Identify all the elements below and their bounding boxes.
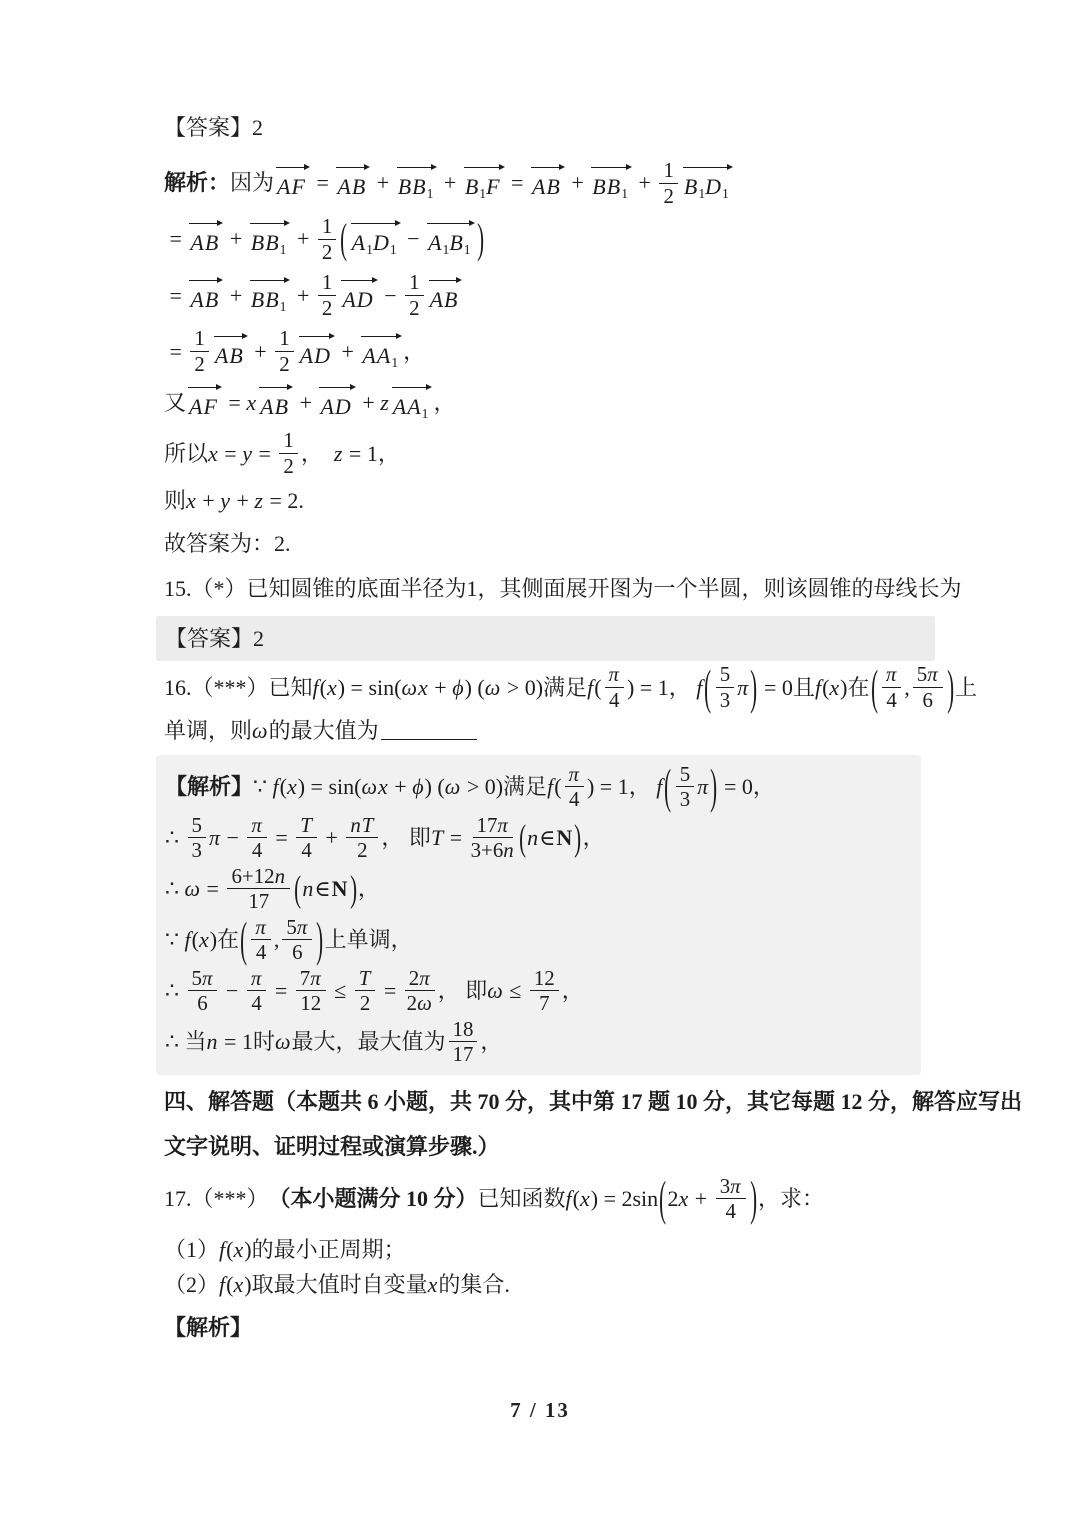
fraction-numerator: T [355, 967, 376, 992]
math-run: ω ≤ [487, 976, 527, 1006]
vector: AB [258, 384, 293, 422]
solution-16-step-2: ∴ 53π − π4 = T4 + nT2， 即T = 17π3+6n(n∈N)… [165, 813, 921, 863]
text-run: ， [433, 388, 455, 418]
math-run: ) = 1 [627, 673, 669, 703]
solution-16: 【解析】∵ f(x) = sin(ωx + ϕ) (ω > 0)满足f(π4) … [156, 755, 921, 1075]
fraction: 12 [318, 215, 336, 263]
text-run: 因为 [230, 168, 274, 198]
text-run: ， [562, 976, 584, 1006]
text-run: 满足 [543, 673, 587, 703]
answer-text: 【答案】2 [165, 623, 935, 654]
vector: BB1 [249, 277, 291, 315]
vector-arrow-bar [392, 387, 430, 388]
fraction: 5π6 [913, 663, 943, 711]
fraction-denominator: 3 [192, 838, 202, 862]
bold-text-run: 【解析】 [165, 772, 253, 802]
question-16-line-2: 单调，则ω的最大值为 [164, 716, 964, 747]
fraction-denominator: 2 [322, 296, 332, 320]
text-run: 单调，则 [164, 716, 252, 746]
math-run: z = 1 [334, 439, 378, 469]
big-paren: ) [709, 754, 718, 819]
text-run: ， 即 [381, 823, 431, 853]
text-run: 【答案】2 [164, 113, 263, 143]
fraction-denominator: 2 [283, 454, 293, 478]
fraction: 12 [275, 327, 293, 375]
math-run: f(x) [815, 673, 848, 703]
vector-arrow-bar [397, 167, 435, 168]
math-run: ) = 1 [587, 772, 629, 802]
text-run: 当 [185, 1027, 207, 1057]
bold-text-run: 四、解答题（本题共 6 小题，共 70 分，其中第 17 题 10 分，其它每题… [164, 1087, 1022, 1117]
big-paren: ( [239, 907, 248, 972]
fraction-numerator: π [605, 663, 624, 688]
math-run: f(x) = 2sin [566, 1184, 659, 1214]
vector: AB [188, 220, 223, 258]
analysis-step-7: 则x + y + z = 2. [164, 485, 964, 516]
text-run: ， [669, 673, 691, 703]
vector-arrow-bar [319, 387, 352, 388]
fraction: 6+12n17 [227, 865, 290, 913]
math-run: = [164, 281, 187, 311]
vector: AF [187, 384, 222, 422]
big-paren: ) [573, 812, 582, 862]
text-run: ， [301, 439, 334, 469]
text-run: ， [480, 1027, 502, 1057]
fraction: 5π6 [282, 916, 312, 964]
math-run: + [566, 168, 589, 198]
fraction-numerator: π [882, 663, 901, 688]
text-run: . [298, 486, 304, 516]
math-run: = [164, 337, 187, 367]
text-run: 在 [847, 673, 869, 703]
text-run: 故答案为：2. [164, 529, 291, 559]
math-run: − [379, 281, 402, 311]
fraction: T2 [355, 967, 376, 1015]
fraction-denominator: 6 [292, 940, 302, 964]
fraction: π4 [251, 916, 270, 964]
vector: AB [530, 164, 565, 202]
fraction-numerator: 1 [318, 215, 336, 240]
fraction-denominator: 6 [923, 688, 933, 712]
fraction-denominator: 3 [720, 688, 730, 712]
vector: AB [188, 277, 223, 315]
math-run: 2x + [668, 1184, 713, 1214]
fraction-numerator: 5π [282, 916, 312, 941]
big-paren: ( [518, 812, 527, 862]
text-run: 【答案】2 [165, 624, 264, 654]
math-run: ∴ [165, 1027, 185, 1057]
text-run: ， [358, 874, 380, 904]
fraction-denominator: 2 [663, 184, 673, 208]
fraction: 17π3+6n [471, 814, 515, 862]
text-run: 所以 [164, 439, 208, 469]
big-paren: ) [749, 655, 758, 720]
text-run: ，求： [758, 1184, 824, 1214]
page-footer: 7 / 13 [0, 1398, 1080, 1423]
text-run: 又 [164, 388, 186, 418]
fraction-numerator: 6+12n [227, 865, 290, 890]
fraction: π4 [565, 763, 584, 811]
analysis-step-2: = AB + BB1 + 12(A1D1 − A1B1) [164, 215, 964, 263]
math-run: = 0 [759, 673, 793, 703]
text-run: ， 即 [438, 976, 488, 1006]
bold-text-run: 【解析】 [164, 1313, 252, 1343]
math-run: = [311, 168, 334, 198]
fraction: 7π12 [296, 967, 326, 1015]
math-run: + [294, 388, 317, 418]
vector: AD [298, 333, 335, 371]
fraction: 12 [318, 271, 336, 319]
fraction-numerator: 5 [676, 763, 694, 788]
fraction-denominator: 2 [409, 296, 419, 320]
vector-arrow-bar [531, 167, 562, 168]
big-paren: ( [704, 655, 713, 720]
fraction: π4 [247, 967, 266, 1015]
vector: A1B1 [426, 220, 475, 258]
vector-arrow-bar [214, 336, 245, 337]
fraction: 127 [530, 967, 559, 1015]
vector-arrow-bar [250, 223, 288, 224]
fraction-numerator: π [247, 814, 266, 839]
fraction-numerator: 1 [318, 271, 336, 296]
math-run: , [274, 925, 280, 955]
text-run: ， [753, 772, 775, 802]
text-run: 的集合. [438, 1270, 510, 1300]
analysis-step-6: 所以x = y = 12， z = 1， [164, 429, 964, 477]
math-run: + [224, 224, 247, 254]
math-run: − [220, 976, 243, 1006]
big-paren: ( [293, 863, 302, 913]
fraction: 3π4 [716, 1175, 746, 1223]
math-run: + [291, 224, 314, 254]
vector-arrow-bar [427, 223, 472, 224]
vector-arrow-bar [464, 167, 502, 168]
solution-16-step-6: ∴ 当n = 1时ω最大，最大值为1817， [165, 1017, 921, 1067]
fraction-denominator: 4 [252, 838, 262, 862]
fraction-numerator: 18 [449, 1018, 478, 1043]
math-run: + [320, 823, 343, 853]
math-run: + [438, 168, 461, 198]
analysis-conclusion: 故答案为：2. [164, 528, 964, 559]
math-run: ≤ [329, 976, 352, 1006]
math-run: f( [547, 772, 561, 802]
fraction-denominator: 2 [360, 991, 370, 1015]
fraction-numerator: 5 [716, 663, 734, 688]
page-number: 7 / 13 [510, 1398, 570, 1422]
math-run: f(x) [219, 1270, 252, 1300]
text-run: ， [403, 337, 425, 367]
bold-text-run: 解析： [164, 168, 230, 198]
fraction-denominator: 4 [886, 688, 896, 712]
fraction-denominator: 4 [725, 1199, 735, 1223]
math-run: = [269, 976, 292, 1006]
text-run: 上单调， [325, 925, 413, 955]
set-symbol: N [331, 874, 349, 904]
vector-arrow-bar [259, 387, 290, 388]
vector-arrow-bar [189, 280, 220, 281]
math-run: = [270, 823, 293, 853]
text-run: （1） [164, 1235, 219, 1265]
math-run: n∈ [302, 874, 330, 904]
fraction-numerator: 5π [188, 967, 218, 992]
fraction: 53 [716, 663, 734, 711]
answer-14-label: 【答案】2 [164, 112, 964, 143]
fraction-numerator: nT [346, 814, 378, 839]
fraction: 12 [190, 327, 208, 375]
math-run: ω [275, 1027, 292, 1057]
math-run: n = 1 [207, 1027, 253, 1057]
vector: AF [275, 164, 310, 202]
analysis-step-5: 又AF = xAB + AD + zAA1， [164, 384, 964, 422]
fraction: 1817 [449, 1018, 478, 1066]
analysis-step-1: 解析：因为AF = AB + BB1 + B1F = AB + BB1 + 12… [164, 159, 964, 207]
fraction-denominator: 4 [569, 787, 579, 811]
fraction-denominator: 17 [248, 889, 269, 913]
vector: AA1 [360, 333, 402, 371]
math-run: = [378, 976, 401, 1006]
fraction-numerator: 1 [279, 429, 297, 454]
vector: AD [340, 277, 377, 315]
math-run: + [336, 337, 359, 367]
section-4-header-line-1: 四、解答题（本题共 6 小题，共 70 分，其中第 17 题 10 分，其它每题… [164, 1087, 964, 1118]
fraction-numerator: 1 [275, 327, 293, 352]
math-run: f [691, 673, 704, 703]
big-paren: ( [664, 754, 673, 819]
vector-arrow-bar [188, 387, 219, 388]
solution-16-step-1: 【解析】∵ f(x) = sin(ωx + ϕ) (ω > 0)满足f(π4) … [165, 762, 921, 812]
answer-15: 【答案】2 [156, 616, 935, 661]
text-run: 的最大值为 [269, 716, 379, 746]
math-run: = 0 [719, 772, 753, 802]
question-15: 15.（*）已知圆锥的底面半径为1，其侧面展开图为一个半圆，则该圆锥的母线长为 [164, 573, 964, 604]
document-body: 【答案】2解析：因为AF = AB + BB1 + B1F = AB + BB1… [164, 112, 964, 1344]
vector-arrow-bar [683, 167, 730, 168]
vector: BB1 [590, 164, 632, 202]
text-run: 17.（***） [164, 1184, 269, 1214]
fraction-denominator: 2ω [407, 991, 433, 1015]
text-run: 在 [217, 925, 239, 955]
math-run: ∴ [165, 823, 185, 853]
fraction-numerator: 1 [659, 159, 677, 184]
math-run: + [291, 281, 314, 311]
question-17: 17.（***）（本小题满分 10 分）已知函数f(x) = 2sin(2x +… [164, 1175, 964, 1223]
text-run: 最大，最大值为 [292, 1027, 446, 1057]
text-run: 上 [955, 673, 977, 703]
solution-16-step-4: ∵ f(x)在(π4,5π6)上单调， [165, 915, 921, 965]
text-run: 取最大值时自变量 [252, 1270, 428, 1300]
fraction-denominator: 7 [539, 991, 549, 1015]
set-symbol: N [555, 823, 573, 853]
math-run: x [428, 1270, 439, 1300]
analysis-step-4: = 12AB + 12AD + AA1， [164, 327, 964, 375]
fraction-denominator: 2 [357, 838, 367, 862]
big-paren: ) [749, 1166, 758, 1231]
fraction-numerator: 2π [405, 967, 435, 992]
math-run: = x [223, 388, 257, 418]
fraction-denominator: 4 [256, 940, 266, 964]
fraction-numerator: T [296, 814, 317, 839]
vector: BB1 [249, 220, 291, 258]
fraction-denominator: 3+6n [471, 838, 515, 862]
big-paren: ( [340, 211, 349, 267]
fraction: π4 [605, 663, 624, 711]
fraction: π4 [247, 814, 266, 862]
text-run: 且 [793, 673, 815, 703]
text-run: （2） [164, 1270, 219, 1300]
math-run: + [249, 337, 272, 367]
fraction: nT2 [346, 814, 378, 862]
fraction-denominator: 2 [279, 352, 289, 376]
fraction: 12 [279, 429, 297, 477]
bold-text-run: （本小题满分 10 分） [269, 1184, 478, 1214]
math-run: π − [209, 823, 244, 853]
vector: A1D1 [350, 220, 401, 258]
big-paren: ) [349, 863, 358, 913]
fraction-numerator: 1 [405, 271, 423, 296]
vector: AB [428, 277, 463, 315]
fraction-numerator: 17π [473, 814, 513, 839]
math-run: ∵ f(x) [165, 925, 217, 955]
math-run: , [904, 673, 910, 703]
math-run: = [164, 224, 187, 254]
math-run: f(x) [219, 1235, 252, 1265]
math-run: x = y = [208, 439, 276, 469]
text-run: 已知函数 [478, 1184, 566, 1214]
fraction-denominator: 17 [453, 1042, 474, 1066]
big-paren: ) [476, 211, 485, 267]
math-run: ∴ ω = [165, 874, 224, 904]
fraction: 53 [676, 763, 694, 811]
math-run: + [371, 168, 394, 198]
text-run: 时 [253, 1027, 275, 1057]
vector-arrow-bar [351, 223, 398, 224]
fraction-numerator: π [565, 763, 584, 788]
vector: BB1 [396, 164, 438, 202]
solution-16-step-5: ∴ 5π6 − π4 = 7π12 ≤ T2 = 2π2ω， 即ω ≤ 127， [165, 966, 921, 1016]
fraction: 5π6 [188, 967, 218, 1015]
math-run: π [737, 673, 749, 703]
text-run: 满足 [503, 772, 547, 802]
vector: B1D1 [682, 164, 733, 202]
section-4-header-line-2: 文字说明、证明过程或演算步骤.） [164, 1132, 964, 1163]
text-run: 的最小正周期； [252, 1235, 406, 1265]
fraction-denominator: 4 [609, 688, 619, 712]
big-paren: ( [658, 1166, 667, 1231]
solution-17-label: 【解析】 [164, 1313, 964, 1344]
fraction: 53 [188, 814, 206, 862]
math-run: n∈ [527, 823, 555, 853]
big-paren: ) [946, 655, 955, 720]
solution-16-step-3: ∴ ω = 6+12n17(n∈N)， [165, 864, 921, 914]
math-run: = [506, 168, 529, 198]
fraction-denominator: 3 [680, 787, 690, 811]
question-16-line-1: 16.（***）已知f(x) = sin(ωx + ϕ) (ω > 0)满足f(… [164, 663, 964, 711]
vector-arrow-bar [189, 223, 220, 224]
fraction-numerator: 5π [913, 663, 943, 688]
fraction-numerator: π [247, 967, 266, 992]
vector-arrow-bar [429, 280, 460, 281]
text-run: 则 [164, 486, 186, 516]
fraction-denominator: 6 [197, 991, 207, 1015]
vector: AB [213, 333, 248, 371]
fraction-numerator: π [251, 916, 270, 941]
fraction-numerator: 12 [530, 967, 559, 992]
math-run: ∵ f(x) = sin(ωx + ϕ) (ω > 0) [253, 772, 503, 802]
vector-arrow-bar [341, 280, 374, 281]
vector: AA1 [391, 384, 433, 422]
fraction-denominator: 12 [300, 991, 321, 1015]
math-run: x + y + z = 2 [186, 486, 298, 516]
fraction-denominator: 2 [322, 240, 332, 264]
fraction: 12 [659, 159, 677, 207]
math-run: ∴ [165, 976, 185, 1006]
math-run: f(x) = sin(ωx + ϕ) (ω > 0) [313, 673, 544, 703]
text-run: ， [378, 439, 400, 469]
vector-arrow-bar [250, 280, 288, 281]
analysis-step-3: = AB + BB1 + 12AD − 12AB [164, 271, 964, 319]
math-run: + [633, 168, 656, 198]
vector: AB [335, 164, 370, 202]
vector-arrow-bar [591, 167, 629, 168]
question-17-part-2: （2）f(x)取最大值时自变量x的集合. [164, 1270, 964, 1301]
fraction: 2π2ω [405, 967, 435, 1015]
vector-arrow-bar [299, 336, 332, 337]
math-run: π [697, 772, 709, 802]
fraction: 12 [405, 271, 423, 319]
math-run: − [402, 224, 425, 254]
fraction-numerator: 3π [716, 1175, 746, 1200]
text-run: ， [629, 772, 651, 802]
math-run: f [651, 772, 664, 802]
vector-arrow-bar [361, 336, 399, 337]
fraction-numerator: 5 [188, 814, 206, 839]
math-run: + z [357, 388, 390, 418]
big-paren: ) [316, 907, 325, 972]
vector: B1F [463, 164, 505, 202]
fraction: T4 [296, 814, 317, 862]
question-17-part-1: （1）f(x)的最小正周期； [164, 1235, 964, 1266]
big-paren: ( [870, 655, 879, 720]
math-run: f( [587, 673, 601, 703]
text-run: ， [583, 823, 605, 853]
fraction-denominator: 4 [301, 838, 311, 862]
math-run: ω [252, 716, 269, 746]
fraction-denominator: 4 [251, 991, 261, 1015]
fraction: π4 [882, 663, 901, 711]
bold-text-run: 文字说明、证明过程或演算步骤.） [164, 1132, 500, 1162]
math-run: T = [431, 823, 468, 853]
text-run: 16.（***）已知 [164, 673, 313, 703]
fraction-denominator: 2 [194, 352, 204, 376]
fraction-numerator: 1 [190, 327, 208, 352]
vector-arrow-bar [276, 167, 307, 168]
answer-blank [381, 737, 477, 740]
text-run: 15.（*）已知圆锥的底面半径为1，其侧面展开图为一个半圆，则该圆锥的母线长为 [164, 574, 962, 604]
vector: AD [318, 384, 355, 422]
vector-arrow-bar [336, 167, 367, 168]
math-run: + [224, 281, 247, 311]
